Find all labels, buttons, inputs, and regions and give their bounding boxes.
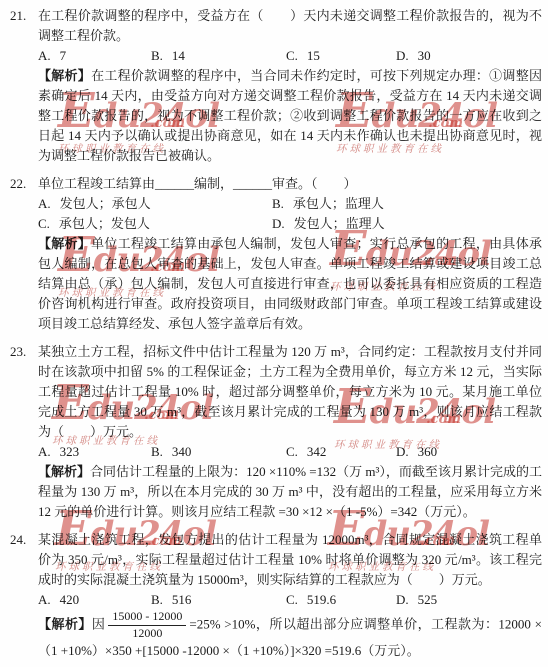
- option-text: 360: [418, 444, 438, 459]
- question-number: 21.: [10, 6, 26, 26]
- option-label: B.: [151, 48, 163, 63]
- question-number: 24.: [10, 530, 26, 550]
- option-label: C.: [286, 48, 298, 63]
- option-label: B.: [151, 592, 163, 607]
- analysis-label: 【解析】: [38, 236, 91, 251]
- analysis: 【解析】因15000 - 1200012000=25% >10%，所以超出部分应…: [38, 610, 542, 661]
- analysis: 【解析】单位工程竣工结算由承包人编制，发包人审查；实行总承包的工程，由具体承包人…: [38, 234, 542, 334]
- option-text: 7: [60, 48, 67, 63]
- option-label: C.: [286, 444, 298, 459]
- question-stem: 单位工程竣工结算由______编制，______审查。（ ）: [38, 174, 542, 194]
- option-label: D.: [396, 592, 409, 607]
- option-c: C.15: [286, 46, 396, 66]
- option-text: 420: [60, 592, 80, 607]
- options-row: A.420 B.516 C.519.6 D.525: [38, 590, 542, 610]
- fraction-numerator: 15000 - 12000: [108, 610, 186, 625]
- question-23: 23. 某独立土方工程，招标文件中估计工程量为 120 万 m³，合同约定：工程…: [0, 342, 542, 522]
- analysis-text: 合同估计工程量的上限为：120 ×110% =132（万 m³），而截至该月累计…: [38, 464, 542, 519]
- analysis: 【解析】合同估计工程量的上限为：120 ×110% =132（万 m³），而截至…: [38, 462, 542, 522]
- option-text: 发包人；承包人: [60, 196, 151, 211]
- option-text: 承包人；监理人: [293, 196, 384, 211]
- option-text: 30: [418, 48, 431, 63]
- option-text: 323: [60, 444, 80, 459]
- question-number: 23.: [10, 342, 26, 362]
- option-a: A.7: [38, 46, 151, 66]
- option-c: C.342: [286, 442, 396, 462]
- option-text: 516: [172, 592, 192, 607]
- question-21: 21. 在工程价款调整的程序中，受益方在（ ）天内未递交调整工程价款报告的，视为…: [0, 6, 542, 166]
- analysis: 【解析】在工程价款调整的程序中，当合同未作约定时，可按下列规定办理：①调整因素确…: [38, 66, 542, 166]
- option-label: C.: [38, 216, 50, 231]
- option-label: B.: [151, 444, 163, 459]
- analysis-label: 【解析】: [38, 464, 90, 479]
- option-label: D.: [396, 444, 409, 459]
- option-d: D.30: [396, 46, 542, 66]
- option-label: A.: [38, 196, 51, 211]
- question-24: 24. 某混凝土浇筑工程，发包方提出的估计工程量为 12000m³，合同规定混凝…: [0, 530, 542, 661]
- option-a: A.420: [38, 590, 151, 610]
- scanned-exam-page: 21. 在工程价款调整的程序中，受益方在（ ）天内未递交调整工程价款报告的，视为…: [0, 0, 548, 667]
- option-text: 14: [172, 48, 185, 63]
- option-b: B.340: [151, 442, 286, 462]
- option-text: 发包人；监理人: [294, 216, 385, 231]
- analysis-label: 【解析】: [38, 68, 91, 83]
- option-text: 15: [307, 48, 320, 63]
- analysis-prefix: 因: [92, 616, 105, 631]
- option-b: B.516: [151, 590, 286, 610]
- option-text: 525: [418, 592, 438, 607]
- analysis-text: 单位工程竣工结算由承包人编制，发包人审查；实行总承包的工程，由具体承包人编制，在…: [38, 236, 542, 331]
- option-c: C.519.6: [286, 590, 396, 610]
- question-22: 22. 单位工程竣工结算由______编制，______审查。（ ） A.发包人…: [0, 174, 542, 334]
- option-label: A.: [38, 444, 51, 459]
- question-number: 22.: [10, 174, 26, 194]
- options-row: A.323 B.340 C.342 D.360: [38, 442, 542, 462]
- option-label: C.: [286, 592, 298, 607]
- option-label: B.: [272, 196, 284, 211]
- question-stem: 某混凝土浇筑工程，发包方提出的估计工程量为 12000m³，合同规定混凝土浇筑工…: [38, 530, 542, 590]
- analysis-text: 在工程价款调整的程序中，当合同未作约定时，可按下列规定办理：①调整因素确定后 1…: [38, 68, 542, 163]
- option-d: D.360: [396, 442, 542, 462]
- option-text: 340: [172, 444, 192, 459]
- option-text: 519.6: [307, 592, 336, 607]
- option-d: D.发包人；监理人: [272, 214, 542, 234]
- options-row: A.7 B.14 C.15 D.30: [38, 46, 542, 66]
- option-text: 342: [307, 444, 327, 459]
- option-b: B.14: [151, 46, 286, 66]
- option-label: A.: [38, 592, 51, 607]
- option-label: A.: [38, 48, 51, 63]
- fraction: 15000 - 1200012000: [108, 610, 186, 641]
- question-stem: 在工程价款调整的程序中，受益方在（ ）天内未递交调整工程价款报告的，视为不调整工…: [38, 6, 542, 46]
- question-stem: 某独立土方工程，招标文件中估计工程量为 120 万 m³，合同约定：工程款按月支…: [38, 342, 542, 442]
- option-a: A.发包人；承包人: [38, 194, 272, 214]
- options-grid: A.发包人；承包人 B.承包人；监理人 C.承包人；发包人 D.发包人；监理人: [38, 194, 542, 234]
- fraction-denominator: 12000: [108, 625, 186, 641]
- option-b: B.承包人；监理人: [272, 194, 542, 214]
- option-d: D.525: [396, 590, 542, 610]
- analysis-label: 【解析】: [38, 616, 92, 631]
- option-label: D.: [272, 216, 285, 231]
- option-text: 承包人；发包人: [59, 216, 150, 231]
- option-c: C.承包人；发包人: [38, 214, 272, 234]
- option-a: A.323: [38, 442, 151, 462]
- option-label: D.: [396, 48, 409, 63]
